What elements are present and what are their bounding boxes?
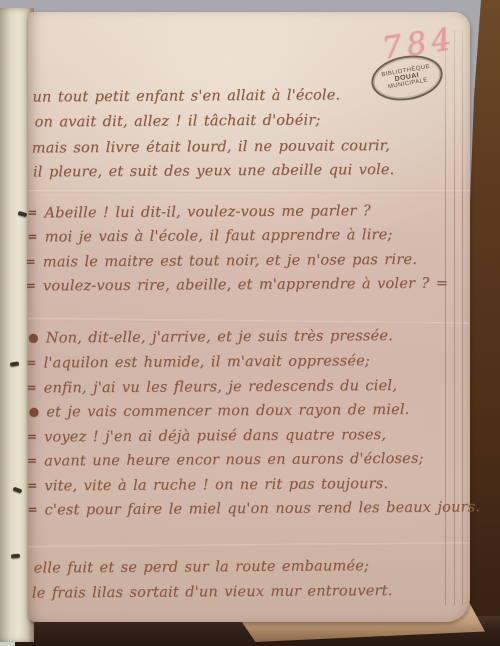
margin-mark: = [27, 502, 37, 516]
poem-line-text: mais le maitre est tout noir, et je n'os… [43, 252, 417, 271]
margin-mark: = [27, 429, 37, 443]
margin-mark: = [26, 278, 36, 292]
poem-line-text: avant une heure encor nous en aurons d'é… [44, 451, 424, 470]
margin-mark: ● [29, 404, 40, 418]
poem-line-text: Non, dit-elle, j'arrive, et je suis très… [46, 328, 393, 346]
poem-line: ●et je vais commencer mon doux rayon de … [29, 402, 410, 421]
poem-line: le frais lilas sortait d'un vieux mur en… [32, 583, 393, 602]
poem-line: mais son livre était lourd, il ne pouvai… [32, 138, 390, 157]
margin-mark: = [27, 453, 37, 467]
poem-line: il pleure, et suit des yeux une abeille … [33, 162, 395, 181]
poem-line: =l'aquilon est humide, il m'avait oppres… [26, 353, 370, 371]
margin-mark: = [27, 229, 37, 243]
poem-line: =Abeille ! lui dit-il, voulez-vous me pa… [27, 203, 371, 221]
poem-line: =voyez ! j'en ai déjà puisé dans quatre … [27, 427, 386, 446]
margin-mark: = [27, 478, 37, 492]
poem-line-text: il pleure, et suit des yeux une abeille … [33, 162, 395, 181]
poem-line: =c'est pour faire le miel qu'on nous ren… [27, 499, 480, 518]
poem-line-text: et je vais commencer mon doux rayon de m… [46, 402, 409, 421]
poem-line-text: voulez-vous rire, abeille, et m'apprendr… [43, 276, 448, 295]
poem-line: on avait dit, allez ! il tâchait d'obéir… [35, 113, 321, 131]
poem-line: =avant une heure encor nous en aurons d'… [27, 451, 424, 470]
margin-mark: ● [28, 330, 39, 344]
margin-mark: = [26, 254, 36, 268]
poem-line-text: c'est pour faire le miel qu'on nous rend… [45, 499, 481, 518]
poem-line-text: voyez ! j'en ai déjà puisé dans quatre r… [44, 427, 386, 445]
poem-line-text: Abeille ! lui dit-il, voulez-vous me par… [44, 203, 371, 221]
poem-line-text: mais son livre était lourd, il ne pouvai… [32, 138, 390, 157]
poem-line: =mais le maitre est tout noir, et je n'o… [26, 252, 418, 271]
poem-line: =moi je vais à l'école, il faut apprendr… [27, 227, 392, 246]
poem-line: elle fuit et se perd sur la route embaum… [34, 558, 369, 576]
poem-line: un tout petit enfant s'en allait à l'éco… [32, 87, 340, 105]
poem-line-text: elle fuit et se perd sur la route embaum… [34, 558, 369, 576]
poem-line-text: enfin, j'ai vu les fleurs, je redescends… [44, 378, 397, 396]
margin-mark: = [27, 205, 37, 219]
manuscript-photo: 784 BIBLIOTHÈQUE DOUAI MUNICIPALE un tou… [0, 0, 500, 646]
poem-line-text: moi je vais à l'école, il faut apprendre… [45, 227, 393, 245]
poem-line: =enfin, j'ai vu les fleurs, je redescend… [26, 378, 397, 397]
poem-line: =vite, vite à la ruche ! on ne rit pas t… [27, 476, 388, 495]
poem-line-text: l'aquilon est humide, il m'avait oppress… [43, 353, 370, 371]
poem-line-text: un tout petit enfant s'en allait à l'éco… [32, 87, 340, 105]
margin-mark: = [26, 355, 36, 369]
poem-line: ●Non, dit-elle, j'arrive, et je suis trè… [28, 328, 393, 347]
poem-line-text: vite, vite à la ruche ! on ne rit pas to… [44, 476, 388, 494]
handwritten-poem: un tout petit enfant s'en allait à l'éco… [0, 0, 500, 646]
poem-line: =voulez-vous rire, abeille, et m'apprend… [26, 276, 449, 295]
poem-line-text: on avait dit, allez ! il tâchait d'obéir… [35, 113, 321, 131]
margin-mark: = [26, 380, 36, 394]
poem-line-text: le frais lilas sortait d'un vieux mur en… [32, 583, 393, 602]
